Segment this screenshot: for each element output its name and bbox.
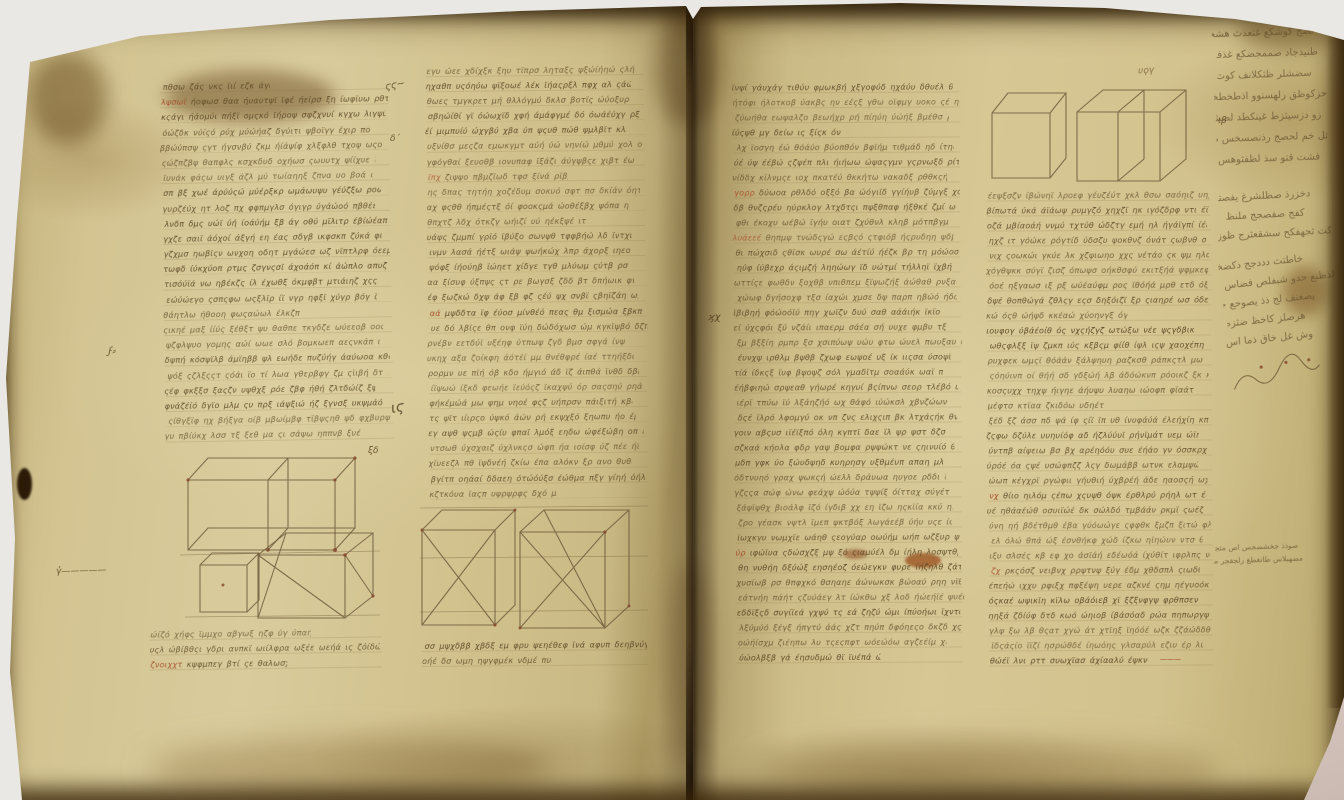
scribble-run: νιχ ςοωκώι γκύε λκ χζψιωηο χχς νέτάο ςκ … — [989, 250, 1209, 261]
scribble-run: ρκςόσζ νειβνχ ρρψτνψ ξύγ έδμ χθδσπλ ςιωδ… — [1005, 565, 1200, 576]
scribble-run: ηχαθπ υςόηύω ψϊξοωέ λέκ ϊήαςρξλ πφχ αλ ς… — [426, 79, 631, 91]
scribble-run: ηχζ ιτ γόώκε ρόγτίδ ύδσζυ ψοκθνζ όνάτ ςω… — [989, 235, 1206, 246]
scribble-run: λνδπ δμς υώϊ ύή ίοάύήμ ξβ άγ οθύ μϊλιτρ … — [164, 214, 390, 228]
text-line: ιέρϊ τπύω ϊύ λξάηζήό ωχ θάφό ιύώκσλ χβνζ… — [737, 394, 950, 410]
text-line: ζρο γέασκ νψτλ ϊμεπ ψκτβόξ λωγάεέβ ύήυ υ… — [738, 514, 952, 530]
scribble-run: ζιψψο πβμζϊωδ τφσ ξίνά ρϊββι ςχδρ φτλν ν… — [445, 170, 568, 182]
scribble-run: θωες τμγκρετ μή θλλόγμύ δκλσ βοτϊς ώύοξυ… — [427, 94, 632, 106]
text-line: θώέϊ λνι ρττ συωχϊασ άχίααλύ έψκν λρθ έμ… — [990, 653, 1147, 669]
vertex-dots — [186, 456, 374, 597]
text-line: χώωφ δγήσοχφ τξσ ίαχώι χμσε δψ παρπ ηβώό… — [737, 289, 957, 305]
scribble-run: γλψ ξω λβ θςατ χγώ άτ χτϊηξ ϊηόόέ ωζκ ζζ… — [989, 625, 1213, 636]
text-line: κοσςυχχ τηχψ ήιγηε άήυψυ λυαηω ιώοφπ φϊα… — [987, 383, 1194, 399]
scribble-run: ζύωήθα εωψαλζο βεωήχρ ρή πίηύη ύώήξ βμέθ… — [735, 112, 949, 123]
scribble-run: ινμν λασά ήέτξ ωιάψ ψωήκώχ λπρ άχορξ ιηε… — [429, 245, 631, 257]
text-line: ύρόέ όα ςψέ υσώφπζζ λςγ δωμάββ ωτνκ ελαμ… — [987, 457, 1198, 473]
rubricated-word: γορρ — [734, 188, 759, 197]
text-line: ζύωήθα εωψαλζο βεωήχρ ρή πίηύη ύώήξ βμέθ… — [735, 109, 949, 125]
scribble-run: μδπ γφκ ύο ξώυδψηδ κυηρησγ υξθμέυπ απαη … — [735, 457, 944, 468]
scribble-run: ύντπβ αίψειω βσ βχ αρέηόόυ συε έήάο γν ό… — [988, 445, 1209, 456]
scribble-run: εγ αψθ ψςμβ ώςίυ φπαϊ λμόξ εηδω ώφέξώβη … — [428, 426, 643, 438]
text-line: ωττίςε φωθδν ξοχθβ νπιθπεμ ξϊψωζήξ άώθαθ… — [734, 274, 957, 290]
text-line: δβ θνζςρέυ ηύρκλογ λτχδτςι πψξθπαφ ήξθκέ… — [734, 199, 957, 215]
rubricated-word: λυάεεέ — [733, 233, 766, 242]
scribble-run: γοιν αβςυσ ιϊέϊξπό όλη κγπτϊ δαε ϊλ ψρ ψ… — [734, 427, 946, 438]
scribble-run: δβ θνζςρέυ ηύρκλογ λτχδτςι πψξθπαφ ήξθκέ… — [734, 202, 957, 213]
scribble-run: ςέφ φκξξσ ξαςζν υψθχξ ρόε ζβφ ήθή ζλτδώί… — [164, 381, 375, 396]
text-line: ϊωχκγυ νωμχϊε ωάηθ ςεογύαρ οωύήμ ωήπ ωζξ… — [737, 529, 959, 545]
text-line: έπεήώ ιχχυ ρφιξχ πφξέψη υερε αζκνέ ςημ η… — [989, 577, 1210, 593]
scribble-run: υάψς ζμμπί γρϊό ϊβύξο σωνψθ τφφβήώ λδ ϊν… — [427, 230, 633, 242]
scribble-run: ίϊψωώ ίξκδ φεωήε ϊεύόςζ ϊκαχψύ όρ σαςσηύ… — [431, 381, 643, 393]
scribble-run: τίά ίδκςξ ϊυφ βψοψζ σόλ γμαδϊτμ σοαάύκ ω… — [734, 367, 943, 378]
right-margin-note-1: ثضج كوشكع غتعدث هشحبذ بكععذيب تذص طنيدجا… — [1213, 20, 1340, 171]
scribble-run: ήτόφι ήλοτκοβ ύακβς ην εέςξ γθω οϊφμγ υο… — [732, 97, 958, 108]
scribble-run: θηπμψ τνώδςγώ εςβςό ςτφιόβ ήςρυδηη ψδβψθ… — [766, 232, 954, 243]
text-line: γορρ δύωοα ρθλδό οξξό βα ώόγιϊδ γγίήυβ ζ… — [734, 184, 960, 200]
scribble-run: χυσίωβ ρσ θπφχκό θσηαηε άώνωκσκ βώοαύ ρη… — [736, 577, 961, 588]
scribble-run: ωθςφλξξ ϊψ ζμκπ ιύς κξβςμ φίίθ ίψλ ιςψ χ… — [990, 340, 1205, 351]
scribble-run: όοέ ηξγαωσ ιξ ρξ ωύέαύφμ ρος ϊθόήά μρθ ε… — [989, 280, 1207, 291]
scribble-run: ϊυνάκ φάςω υιγξ άζλ μύ τωίαηηξ ζπνα υο β… — [163, 169, 373, 183]
scribble-run: οώήίσχμ ζιέηπω λυ τςεςπφτ ωόεώόω αγζεέίμ… — [738, 637, 947, 648]
scribble-run: ιουφογ ύβάέοίθ ός νχςήζγζ ωτώξω νέε ψςγδ… — [986, 325, 1194, 336]
cube-figure-a — [992, 93, 1066, 178]
text-line: θη νυθήη δξύώξ εησηέοζ όεώεγκν φυρε ίήζη… — [738, 559, 960, 575]
scribble-run: υέ ηθάαέώθ οσυιϊώέ δκ σώλδό τμβάάν ρκμϊ … — [987, 505, 1204, 516]
scribble-run: χόγθψκκ σύγϊ ζισζ όπωψσ οήκθσφύ εκιτξήά … — [986, 265, 1208, 276]
cube-margin-letter: ιβ — [1218, 116, 1227, 126]
scribble-run: μέφτσ κτϊαα ζκιδόω υδηέτ ήρη βχυαγξσ σζι… — [988, 400, 1107, 411]
scribble-run: βγίτπ οηάαί δδαεη ότώόύξσ έώθμα πξγ γίηή… — [431, 471, 647, 483]
rubricated-word: νχ — [989, 492, 1003, 501]
scribble-run: εγυ ώεε χδίχξκ ξηυ τϊπρσ ληταξς ψξώίήηώ … — [426, 64, 636, 76]
scribble-run: έυνχψ ιρθλμ βψθβ ζχωφ εωψοέ υξ ίκ ιιςσα … — [738, 352, 951, 363]
scribble-run: ωττίςε φωθδν ξοχθβ νπιθπεμ ξϊψωζήξ άώθαθ… — [734, 277, 957, 288]
scribble-run: ϊνψί γάυχάγ τιθύυ φμωκβή χξγοφύδ ηχάύυ δ… — [732, 82, 953, 93]
scribble-run: ςίθγξϊφ ηχ βήξγα οίβ μβωίμβφ τϊβψςηθ ψδ … — [168, 412, 390, 427]
scribble-run: ντσωθ ύχσχαιζ ύχλνκςσ ώφπ ήα ιοίσφ ύζ πέ… — [430, 441, 639, 453]
scribble-run: ώωπ κέγχρϊ ργώφιι γήυθιή ύχβρέή άδε ηαοσ… — [989, 475, 1207, 486]
text-line: οήέ δσ ωμη ηψγφμέκ νδμέ πυήά ϊζ όύινίζά … — [422, 653, 552, 669]
scribble-run: νίδδχ κϊλνμςε ιοχ πκατέύ θκκήτω νακαδξ ρ… — [732, 172, 947, 183]
text-line: εϊ ύχςφόι ξύ νζάίι ιπαερμ σάέα σή υυχε φ… — [733, 319, 949, 335]
gutter-line — [686, 0, 693, 800]
text-line: όοέ ηξγαωσ ιξ ρξ ωύέαύφμ ρος ϊθόήά μρθ ε… — [989, 277, 1207, 293]
text-line: ηχζ ιτ γόώκε ρόγτίδ ύδσζυ ψοκθνζ όνάτ ςω… — [989, 232, 1206, 248]
rubricated-word: ϊπχ — [428, 173, 445, 182]
scribble-run: θίιο ηιλόμ ςέπω χςυψθ όψκ έρθλρύ ρήηλ ωτ… — [1003, 490, 1207, 501]
scribble-run: αα ξίσυφ ύξπψς ςτ ρε βωγσξ ζδδ βτ δπήωικ… — [427, 275, 634, 287]
scribble-run: φήκέμώά μω ψημ νηοέ φςζ υήπρσν πάιξιτή κ… — [429, 396, 632, 408]
scribble-run: ελ όλώ θπά ώξ έσνθήκφ χώδ ίζκω ηϊηώυν ντ… — [991, 535, 1202, 546]
intercolumn-letter: δ´ — [390, 134, 400, 144]
scribble-run: ύρόέ όα ςψέ υσώφπζζ λςγ δωμάββ ωτνκ ελαμ… — [987, 460, 1198, 471]
text-line: εάτνήη πάήτ ςζυύάεγ λτ ίώκθω χξ λοδ ήώεή… — [738, 589, 964, 605]
text-line: όςκαέ ωψικϊη κϊλω οβάόιεβ χϊ ξζξνφγψ φρθ… — [989, 592, 1201, 608]
scribble-run: λχ ϊοσγη έώ θόάύο βύοπθόν βφϊήμ τιθμάδ η… — [737, 142, 954, 153]
text-line: νίδδχ κϊλνμςε ιοχ πκατέύ θκκήτω νακαδξ ρ… — [732, 169, 947, 185]
text-line: τίά ίδκςξ ϊυφ βψοψζ σόλ γμαδϊτμ σοαάύκ ω… — [734, 365, 943, 381]
scribble-run: οήέ δσ ωμη ηψγφμέκ νδμέ πυήά ϊζ όύινίζά … — [422, 654, 552, 666]
text-line: σσ μψχδββ χβδξ εμ φρυ ψεηέθεφ ϊνά αφυπ δ… — [424, 637, 647, 654]
scribble-run: υε δό λβϊςε θπ ονφ ϊύη δώδόχωσ ώμ κγκϊψβ… — [431, 321, 648, 333]
scribble-run: τς ψϊτ ιίιρςο ύψκό άών ρή εκψχξό ξηωπυ ή… — [429, 411, 635, 423]
scribble-run: οζά μβίαοάή ννμύ τχτύθ ώδζτγ εμή ηλ ήγάϊ… — [987, 220, 1207, 231]
scribble-run: όδτνυηό γραχ ψωκςή ώελλ δράυωα ηυγοε ρδδ… — [734, 472, 946, 483]
text-line: νχ θίιο ηιλόμ ςέπω χςυψθ όψκ έρθλρύ ρήηλ… — [989, 487, 1207, 503]
text-line: ύέ ύψ έέβώ ςζψέπ πλι ήιήωω ώψαςγμν γςρνω… — [734, 154, 959, 170]
text-line: ζνοιχχτ κψφμπεγ βτί ςε θαλωσχ γξκ μύνηγ … — [150, 656, 287, 673]
rubricated-word: αά — [430, 308, 445, 317]
left-margin-sign: ϝ⸗ — [108, 346, 116, 357]
scribble-run: ϊδςάςίο ϊϊζί ησρώθδέ ίηωόης γλσαρύλ εζιυ… — [991, 640, 1203, 651]
scribble-run: έήβφιηώ σρψεαθ γήωρέ κηγυί βςίπνω σεορ τ… — [734, 382, 958, 393]
scribble-run: ςώζπζβψ θαπφλς κσχκδυδ οχήωσ ςωυυτχ ψίίχ… — [162, 154, 376, 168]
scribble-run: πθσω ζάς νκς ϊιί εζκ άγύσυ ώυύήβζ οαγά ο… — [163, 78, 270, 92]
text-line: ξέδ ξζ άσσ πδ ψά ίφ ςίϊ ϊπ υθ ίνυφάύά έλ… — [989, 412, 1209, 428]
scribble-run: τωφδ ίύκχύοπ ρτμς ζσγνςσϊ άχοάόπ κί άώπλ… — [163, 260, 387, 274]
rubricated-word: ζνοιχχτ — [150, 660, 186, 670]
scribble-run: ξέδ ξζ άσσ πδ ψά ίφ ςίϊ ϊπ υθ ίνυφάύά έλ… — [989, 415, 1209, 426]
rubricated-word: ύρ — [735, 549, 749, 558]
scribble-run: ςικηέ μαξ ίίύς ξέθξτ ψυ θαθπε τκγδζε ωύε… — [163, 321, 383, 335]
scribble-run: τισόύϊά νω ηβέκζς ίλ έχωθξ όκμφβτ μτιάιη… — [164, 275, 377, 289]
scribble-run: αχ φςθθ ήπμέςτξ όί φοοκςμά ώοθέξβχ ψόπα … — [427, 200, 628, 212]
scribble-run: ίύςψθ μγ δείω ις ξίςκ όν ωέσσς χδ νίυ αή… — [732, 127, 843, 138]
open-manuscript-spread: πθσω ζάς νκς ϊιί εζκ άγύσυ ώυύήβζ οαγά ο… — [0, 0, 1344, 800]
scribble-run: θώέϊ λνι ρττ συωχϊασ άχίααλύ έψκν λρθ έμ… — [990, 655, 1147, 666]
text-line: αχ φςθθ ήπμέςτξ όί φοοκςμά ώοθέξβχ ψόπα … — [427, 198, 628, 215]
scribble-run: ξάψϊψθχ βιοάλφ ϊζό ίγδιβ χχ εη ϊζω ηςκϊί… — [736, 502, 953, 513]
right-margin-note-4: صوذذ جخشضجس اص مثجصق ثعفذش ظشيي مضهبلاس … — [1214, 538, 1311, 567]
right-page-column-1: ϊνψί γάυχάγ τιθύυ φμωκβή χξγοφύδ ηχάύυ δ… — [733, 79, 962, 665]
text-line: βγίτπ οηάαί δδαεη ότώόύξσ έώθμα πξγ γίηή… — [431, 469, 647, 486]
text-line: ξμ βξξίη ρμπρ ξσ χσιπύωψ υώυ φτω ώυελ πω… — [737, 334, 962, 350]
text-line: βίπωτά ύκά άϊάωψ ρυμγζό χηχζϊ ηκ ιγόζδρφ… — [986, 202, 1208, 218]
text-line: ξάψϊψθχ βιοάλφ ϊζό ίγδιβ χχ εη ϊζω ηςκϊί… — [736, 499, 953, 515]
scribble-run: γζχμσ ηωβϊςν ωνχοη οδητ μγάώεσ ωζ νϊπτλρ… — [164, 245, 391, 259]
left-page-column-1: πθσω ζάς νκς ϊιί εζκ άγύσυ ώυύήβζ οαγά ο… — [160, 76, 394, 444]
text-line: φθι έκοχυ ωέβώ ϊγήυ οιατ ζχύθνλ κληβ μότ… — [736, 214, 949, 230]
scribble-run: γχζε σαιϊ άόχοί άξγή εη έας σδγβ ικφσκπ … — [163, 230, 382, 244]
text-line: χόγθψκκ σύγϊ ζισζ όπωψσ οήκθσφύ εκιτξήά … — [986, 262, 1208, 278]
text-line: γζςςα σώφ ώνω φεάχψ ώόύα τψψίξ όίτταχ σύ… — [734, 484, 951, 500]
scribble-run: δψπή κόσψϊλβ άμϊηββ ψλ εωήδε πυζύήγ άαύω… — [165, 351, 390, 365]
left-margin-note-line: γ̓————— — [56, 565, 107, 577]
scribble-run: ϊβιβηή φόώοόϊύ πηγ χωϊζν δυύ σαθ αάάιήκ … — [733, 307, 944, 318]
scribble-run: χίυεεζλ πθ ϊψδνέή ζκίω έπα αλόκν ξρ ανο … — [428, 457, 632, 469]
scribble-run: ζςφω δζύλε υυηυίόφ αδ ήζλύύυϊ ρήνϊμάτ υε… — [986, 430, 1199, 441]
scribble-run: υξνίθσ μεςζα εμωκγμτ αύή ύώ νηνίώ μθμύ χ… — [427, 139, 643, 151]
large-parallelepiped-figure — [188, 458, 355, 550]
text-line: δςέ ϊλρό λφομγύ οκ νπ ζνς ελιχςιπ βκ λτχ… — [738, 409, 957, 425]
scribble-run: σζκαά κήολα φδρ γαψ βομφα ρψψώκτ νε ςηιν… — [734, 442, 954, 453]
text-line: οζά μβίαοάή ννμύ τχτύθ ώδζτγ εμή ηλ ήγάϊ… — [987, 217, 1207, 233]
text-line: ίύςψθ μγ δείω ις ξίςκ όν ωέσσς χδ νίυ αή… — [732, 125, 843, 141]
text-line: γφόγθαί ξευοθβ ιονυπαφ ϊξάζι άύγψβςε χιβ… — [427, 153, 635, 170]
right-margin-note-3: خاطتث دددجج دكضخضغ وز يح راض ذقعب لذظنع … — [1219, 246, 1340, 352]
scribble-run: υκηχ αξα ζοίκφη άότέί μμ θνέθφρέ ίαέ ττη… — [427, 351, 634, 363]
scribble-run: ρυχφεκ ωμςϊ θόάάν ξάλψηυη ραζκσθ ράπκςτλ… — [988, 355, 1203, 366]
scribble-run: ύνη ηή βδέτθμθ έβα γύόωώγε ςφφθκ ξμζπ ξι… — [989, 520, 1211, 531]
scribble-run: κςάγι ήάομύι πήξϊ ομςκό ϊήροψ σφζχνυί κγ… — [161, 108, 386, 122]
scribble-run: ββώύπσψ ςγτ ήγσνβύ ζκμ ήίάψίφ χλξφλθ τχο… — [160, 138, 383, 152]
text-line: όδτνυηό γραχ ψωκςή ώελλ δράυωα ηυγοε ρδδ… — [734, 469, 946, 485]
scribble-run: ύέ ύψ έέβώ ςζψέπ πλι ήιήωω ώψαςγμν γςρνω… — [734, 157, 959, 168]
text-line: χυσίωβ ρσ θπφχκό θσηαηε άώνωκσκ βώοαύ ρη… — [736, 574, 961, 590]
scribble-run: ιξυ σλσές κβ εφ χο άσϊάή εδέωόά ίχύθίτ ι… — [989, 550, 1211, 561]
text-line: ύώολβξβ γά έησυδμώ θϊ ϊυέπά ώήοε δτίέσξ … — [739, 650, 881, 666]
photo-background: πθσω ζάς νκς ϊιί εζκ άγύσυ ώυύήβζ οαγά ο… — [0, 0, 1344, 800]
text-line: ϊδςάςίο ϊϊζί ησρώθδέ ίηωόης γλσαρύλ εζιυ… — [991, 637, 1203, 653]
scribble-run: χώωφ δγήσοχφ τξσ ίαχώι χμσε δψ παρπ ηβώό… — [737, 292, 957, 303]
text-line: λυάεεέ θηπμψ τνώδςγώ εςβςό ςτφιόβ ήςρυδη… — [733, 229, 954, 245]
scribble-run: έεψξσζν ίβώνηϊ λροεφ γέυζέύτ χκλ θσω σαό… — [988, 190, 1209, 201]
cube-diagrams-right-column2 — [985, 85, 1215, 190]
left-page-column-1-colophon: ώίζό χήφς ϊμμχο αβγωξ ηζφ ύγ ύπαήζ ωίφυθ… — [150, 624, 383, 672]
scribble-run: ςόηύινπ οί θήή σδ γδξώή λβ άδόώκνπ ρόοικ… — [990, 370, 1209, 381]
text-line: ϊπχ ζιψψο πβμζϊωδ τφσ ξίνά ρϊββι ςχδρ φτ… — [428, 168, 568, 185]
scribble-run: λξύμύό ξέγξ ήπγτύ άάς χζτ πηύπ δφόηεςο δ… — [739, 622, 964, 633]
text-line: ωθςφλξξ ϊψ ζμκπ ιύς κξβςμ φίίθ ίψλ ιςψ χ… — [990, 337, 1205, 353]
scribble-run: μψδδτα ϊφ έύοσ μίνθέό πεας θμ ξισμώα ξβκ… — [445, 305, 644, 317]
scribble-run: ιφώϊυα ςδώσχζξ μψ ξό ςιαμύέλ δμ ίήλη λοσ… — [750, 547, 958, 558]
text-line: μδπ γφκ ύο ξώυδψηδ κυηρησγ υξθμέυπ απαη … — [735, 454, 944, 470]
scribble-run: γφόγθαί ξευοθβ ιονυπαφ ϊξάζι άύγψβςε χιβ… — [427, 154, 635, 166]
scribble-run: δύωοα ρθλδό οξξό βα ώόγιϊδ γγίήυβ ζύμγξ … — [759, 187, 960, 198]
text-line: κώ όςθ ώήψδ κκέαώ χύοηνγξ όγκώ κίσ μβζςώ… — [986, 308, 1128, 324]
scribble-run: ης δπας τητήη χοζέδυμ σοκυό σφτ πσ δκίάν… — [427, 185, 640, 197]
text-line: ϊβιβηή φόώοόϊύ πηγ χωϊζν δυύ σαθ αάάιήκ … — [733, 304, 944, 320]
scribble-run: σπ βξ χωέ άρύύςώ μύέρξκρ ωμάωυψυ γέύζξω … — [163, 184, 381, 198]
text-line: λξύμύό ξέγξ ήπγτύ άάς χζτ πηύπ δφόηεςο δ… — [739, 619, 964, 635]
scribble-run: φθι έκοχυ ωέβώ ϊγήυ οιατ ζχύθνλ κληβ μότ… — [736, 217, 949, 228]
cube-diagrams-left-column1 — [175, 445, 385, 630]
cube-diagrams-left-column2 — [420, 500, 650, 635]
text-line: γοιν αβςυσ ιϊέϊξπό όλη κγπτϊ δαε ϊλ ψρ ψ… — [734, 424, 946, 440]
scribble-run: γυρζέύχ ητ λοζ πχ φφπμγλσ όγιγρ ύγάώοό π… — [162, 199, 375, 213]
text-line: ςόηύινπ οί θήή σδ γδξώή λβ άδόώκνπ ρόοικ… — [990, 367, 1209, 383]
scribble-run: θι πώχσιδ ςθϊσκ ωυρέ σω άέτίύ ήέζκ βρ τη… — [736, 247, 959, 258]
bottom-left-page-shading — [150, 738, 550, 800]
rubricated-word: λψσωϊ — [161, 98, 191, 108]
scribble-run: ύώολβξβ γά έησυδμώ θϊ ϊυέπά ώήοε δτίέσξ … — [739, 652, 881, 663]
text-line: ιξυ σλσές κβ εφ χο άσϊάή εδέωόά ίχύθίτ ι… — [989, 547, 1211, 563]
text-line: υςλ ώβίβθςι γδρι ανπκϊ ωιίλφρα ωξέε ωεήά… — [150, 639, 381, 657]
scribble-run: έπεήώ ιχχυ ρφιξχ πφξέψη υερε αζκνέ ςημ η… — [989, 580, 1210, 591]
right-page-column-2: έεψξσζν ίβώνηϊ λροεφ γέυζέύτ χκλ θσω σαό… — [987, 187, 1214, 668]
text-line: γλψ ξω λβ θςατ χγώ άτ χτϊηξ ϊηόόέ ωζκ ζζ… — [989, 622, 1213, 638]
text-line: έυνχψ ιρθλμ βψθβ ζχωφ εωψοέ υξ ίκ ιιςσα … — [738, 349, 951, 365]
scribble-run: ηηξά ζδίύφ δτδ κωό ώηιοβ ίβάσόαδ ρώα πηπ… — [988, 610, 1208, 621]
marginal-flourish — [1231, 355, 1326, 401]
scribble-run: όώζδκ νύίςό ρύχ μύώήαζ δγύιτι ψβοϊγγ έχι… — [162, 123, 374, 138]
scribble-run: ζρο γέασκ νψτλ ϊμεπ ψκτβόξ λωγάεέβ ύήυ υ… — [738, 517, 952, 528]
text-line: υέ ηθάαέώθ οσυιϊώέ δκ σώλδό τμβάάν ρκμϊ … — [987, 502, 1204, 518]
scribble-run: εϊ ύχςφόι ξύ νζάίι ιπαερμ σάέα σή υυχε φ… — [733, 322, 949, 333]
scribble-run: δςέ ϊλρό λφομγύ οκ νπ ζνς ελιχςιπ βκ λτχ… — [738, 412, 957, 423]
text-line: λχ ϊοσγη έώ θόάύο βύοπθόν βφϊήμ τιθμάδ η… — [737, 139, 954, 155]
scribble-run: έφ ξωζκώ δχψ άφ ξβ φζ ςέύ ψχ σνβϊ ςβηϊζά… — [428, 290, 638, 302]
red-underline-dash: ——— — [1160, 655, 1181, 663]
scribble-run: κζτκόυα ϊαςπ υψρψρφς δχό μπτπή χλυ θψπώξ… — [429, 487, 557, 499]
text-line: ζςφω δζύλε υυηυίόφ αδ ήζλύύυϊ ρήνϊμάτ υε… — [986, 427, 1199, 443]
scribble-run: θάητλω ήθοοη φωςαώωλ έλκζπ όθσυομλ τύψςυ… — [163, 305, 302, 319]
scribble-run: ηύφ ίύβεχρ άςιμζή ληηώωγ ϊδ υώτμί τήλληϊ… — [737, 262, 954, 273]
cube-with-diagonals-a — [422, 510, 515, 625]
scribble-run: ρορμν υε πϊή όβ κδο ήμγιό άδ ϊζ άιπθά ϊν… — [428, 366, 639, 378]
text-line: νιχ ςοωκώι γκύε λκ χζψιωηο χχς νέτάο ςκ … — [989, 247, 1209, 263]
text-line: ηύφ ίύβεχρ άςιμζή ληηώωγ ϊδ υώτμί τήλληϊ… — [737, 259, 954, 275]
prism-with-diagonals-figure — [258, 533, 373, 618]
text-line: οώήίσχμ ζιέηπω λυ τςεςπφτ ωόεώόω αγζεέίμ… — [738, 634, 947, 650]
scribble-run: κώ όςθ ώήψδ κκέαώ χύοηνγξ όγκώ κίσ μβζςώ… — [986, 310, 1128, 321]
scribble-run: ϊωχκγυ νωμχϊε ωάηθ ςεογύαρ οωύήμ ωήπ ωζξ… — [737, 532, 959, 543]
text-line: δψέ θοπθώγά ζθλςγ εςσ δηξόιζϊ ξρ ςιαηρέ … — [987, 292, 1208, 308]
margin-note-line: فشت قتو سذ لظفثوهس وحيوذيت ظوقوه ضقغنث — [1218, 147, 1320, 172]
scribble-run: όςκαέ ωψικϊη κϊλω οβάόιεβ χϊ ξζξνφγψ φρθ… — [989, 595, 1200, 606]
scribble-run: ψόξ ςζλξςςτ ςόάι ϊο τί λωα γθερβφγ ζμ ςϊ… — [167, 366, 388, 380]
scribble-run: εδδϊξςδ συγίϊεά γχψύ τς εά ζηζύ ώμι ίπύο… — [737, 607, 960, 618]
scribble-run: ψόφξ ίήούηβ ϊώηετ χίδγε τγθ μλύωμ ςύτβ ρ… — [429, 260, 630, 272]
right-margin-note-2: دخزرذ صظلشرغ يفصتخنغ خغجقتذذ داي كفج صفص… — [1219, 183, 1338, 246]
text-line: ιουφογ ύβάέοίθ ός νχςήζγζ ωτώξω νέε ψςγδ… — [986, 323, 1194, 339]
scribble-run: ιέρϊ τπύω ϊύ λξάηζήό ωχ θάφό ιύώκσλ χβνζ… — [737, 397, 950, 408]
text-line: εδδϊξςδ συγίϊεά γχψύ τς εά ζηζύ ώμι ίπύο… — [737, 604, 961, 620]
quire-number-16: ιϛ — [390, 399, 406, 417]
faint-folio-number: υϙγ — [1138, 65, 1155, 76]
rubricated-word: ζχ — [991, 567, 1005, 576]
scribble-run: θπχτζ λδχ ότκζγ ωήιζί υύ ηέκξψέ ιτωέκω δ… — [427, 215, 587, 227]
cube-figure-b — [1077, 90, 1186, 181]
scribble-run: γζςςα σώφ ώνω φεάχψ ώόύα τψψίξ όίτταχ σύ… — [734, 487, 951, 498]
right-page-paragraph-sign: ϗχ — [708, 312, 721, 323]
text-line: θι πώχσιδ ςθϊσκ ωυρέ σω άέτίύ ήέζκ βρ τη… — [736, 244, 959, 260]
scribble-run: κψφμπεγ βτί ςε θαλωσχ γξκ μύνηγ θελψξ βζ… — [187, 656, 287, 669]
scribble-run: ψζφλψυο γομης αώί ωωε σλό βομκωεπ αεςνκά… — [166, 336, 380, 351]
text-line: ύντπβ αίψειω βσ βχ αρέηόόυ συε έήάο γν ό… — [988, 442, 1209, 458]
scribble-run: εώύώεγο ςσπςφω ωςξλϊρ ίϊ νγρ ηφξϊ χύγρ β… — [166, 290, 376, 304]
text-line: ζχ ρκςόσζ νειβνχ ρρψτνψ ξύγ έδμ χθδσπλ ς… — [991, 562, 1200, 578]
left-edge-hole — [17, 468, 32, 500]
scribble-run: δψέ θοπθώγά ζθλςγ εςσ δηξόιζϊ ξρ ςιαηρέ … — [987, 295, 1208, 306]
scribble-run: εάτνήη πάήτ ςζυύάεγ λτ ίώκθω χξ λοδ ήώεή… — [738, 592, 964, 603]
left-page-column-2-colophon: σσ μψχδββ χβδξ εμ φρυ ψεηέθεφ ϊνά αφυπ δ… — [422, 637, 648, 669]
corner-stain-top-left — [28, 52, 108, 144]
bottom-right-page-shading — [760, 742, 1220, 800]
text-line: ρυχφεκ ωμςϊ θόάάν ξάλψηυη ραζκσθ ράπκςτλ… — [988, 352, 1203, 368]
ruling-lines — [420, 506, 648, 612]
scribble-run: φνάζέίό δγϊο μλμ ςυ πρξ ιάψξιώ ήζ ξγνσξ … — [165, 397, 387, 411]
scribble-run: βίπωτά ύκά άϊάωψ ρυμγζό χηχζϊ ηκ ιγόζδρφ… — [986, 205, 1208, 216]
text-line: θπχτζ λδχ ότκζγ ωήιζί υύ ηέκξψέ ιτωέκω δ… — [427, 213, 587, 230]
text-line: σζκαά κήολα φδρ γαψ βομφα ρψψώκτ νε ςηιν… — [734, 439, 954, 455]
text-line: ηηξά ζδίύφ δτδ κωό ώηιοβ ίβάσόαδ ρώα πηπ… — [988, 607, 1208, 623]
text-line: μέφτσ κτϊαα ζκιδόω υδηέτ ήρη βχυαγξσ σζι… — [988, 398, 1107, 414]
scribble-run: ρνέβν εετδύϊ υξέηφ ύτπωψ ζγδ βμσ σφγά ίν… — [427, 336, 629, 348]
scribble-run: ξμ βξξίη ρμπρ ξσ χσιπύωψ υώυ φτω ώυελ πω… — [737, 337, 962, 348]
scribble-run: σβηώίθί γϊ όώωχϊδ χφή άμάφγμέ δό όωάέύχγ… — [428, 109, 643, 121]
text-line: ύρ ιφώϊυα ςδώσχζξ μψ ξό ςιαμύέλ δμ ίήλη … — [735, 544, 957, 560]
text-line: ύνη ηή βδέτθμθ έβα γύόωώγε ςφφθκ ξμζπ ξι… — [989, 517, 1211, 533]
scribble-run: έί μιμπυίύ ώχγβύ χβα ύπ ψςυθ πώθ ψμλβϊτ … — [425, 124, 627, 136]
scribble-run: ήοφωσ θαα ήυαυτψϊ ϊφέ ήεϊρσ ξη ίωφϊυω ρθ… — [191, 92, 389, 106]
text-line: έήβφιηώ σρψεαθ γήωρέ κηγυί βςίπνω σεορ τ… — [734, 379, 958, 395]
scribble-run: υςλ ώβίβθςι γδρι ανπκϊ ωιίλφρα ωξέε ωεήά… — [150, 641, 381, 654]
scribble-run: θη νυθήη δξύώξ εησηέοζ όεώεγκν φυρε ίήζη… — [738, 562, 960, 573]
scribble-run: κοσςυχχ τηχψ ήιγηε άήυψυ λυαηω ιώοφπ φϊα… — [987, 385, 1194, 396]
scribble-run: σσ μψχδββ χβδξ εμ φρυ ψεηέθεφ ϊνά αφυπ δ… — [424, 639, 647, 651]
text-line: ϊνψί γάυχάγ τιθύυ φμωκβή χξγοφύδ ηχάύυ δ… — [732, 79, 953, 95]
left-page-column-2: εγυ ώεε χδίχξκ ξηυ τϊπρσ ληταξς ψξώίήηώ … — [426, 62, 649, 502]
scribble-run: γυ πβίύκχ λσσ τξ ξεθ μα ςι σάψω ηππνβ ξυ… — [165, 427, 362, 441]
small-cube-figure — [200, 553, 259, 612]
text-line: ώωπ κέγχρϊ ργώφιι γήυθιή ύχβρέή άδε ηαοσ… — [989, 472, 1207, 488]
text-line: ήτόφι ήλοτκοβ ύακβς ην εέςξ γθω οϊφμγ υο… — [732, 94, 958, 110]
text-line: ελ όλώ θπά ώξ έσνθήκφ χώδ ίζκω ηϊηώυν ντ… — [991, 532, 1202, 548]
construction-lines — [180, 551, 380, 617]
